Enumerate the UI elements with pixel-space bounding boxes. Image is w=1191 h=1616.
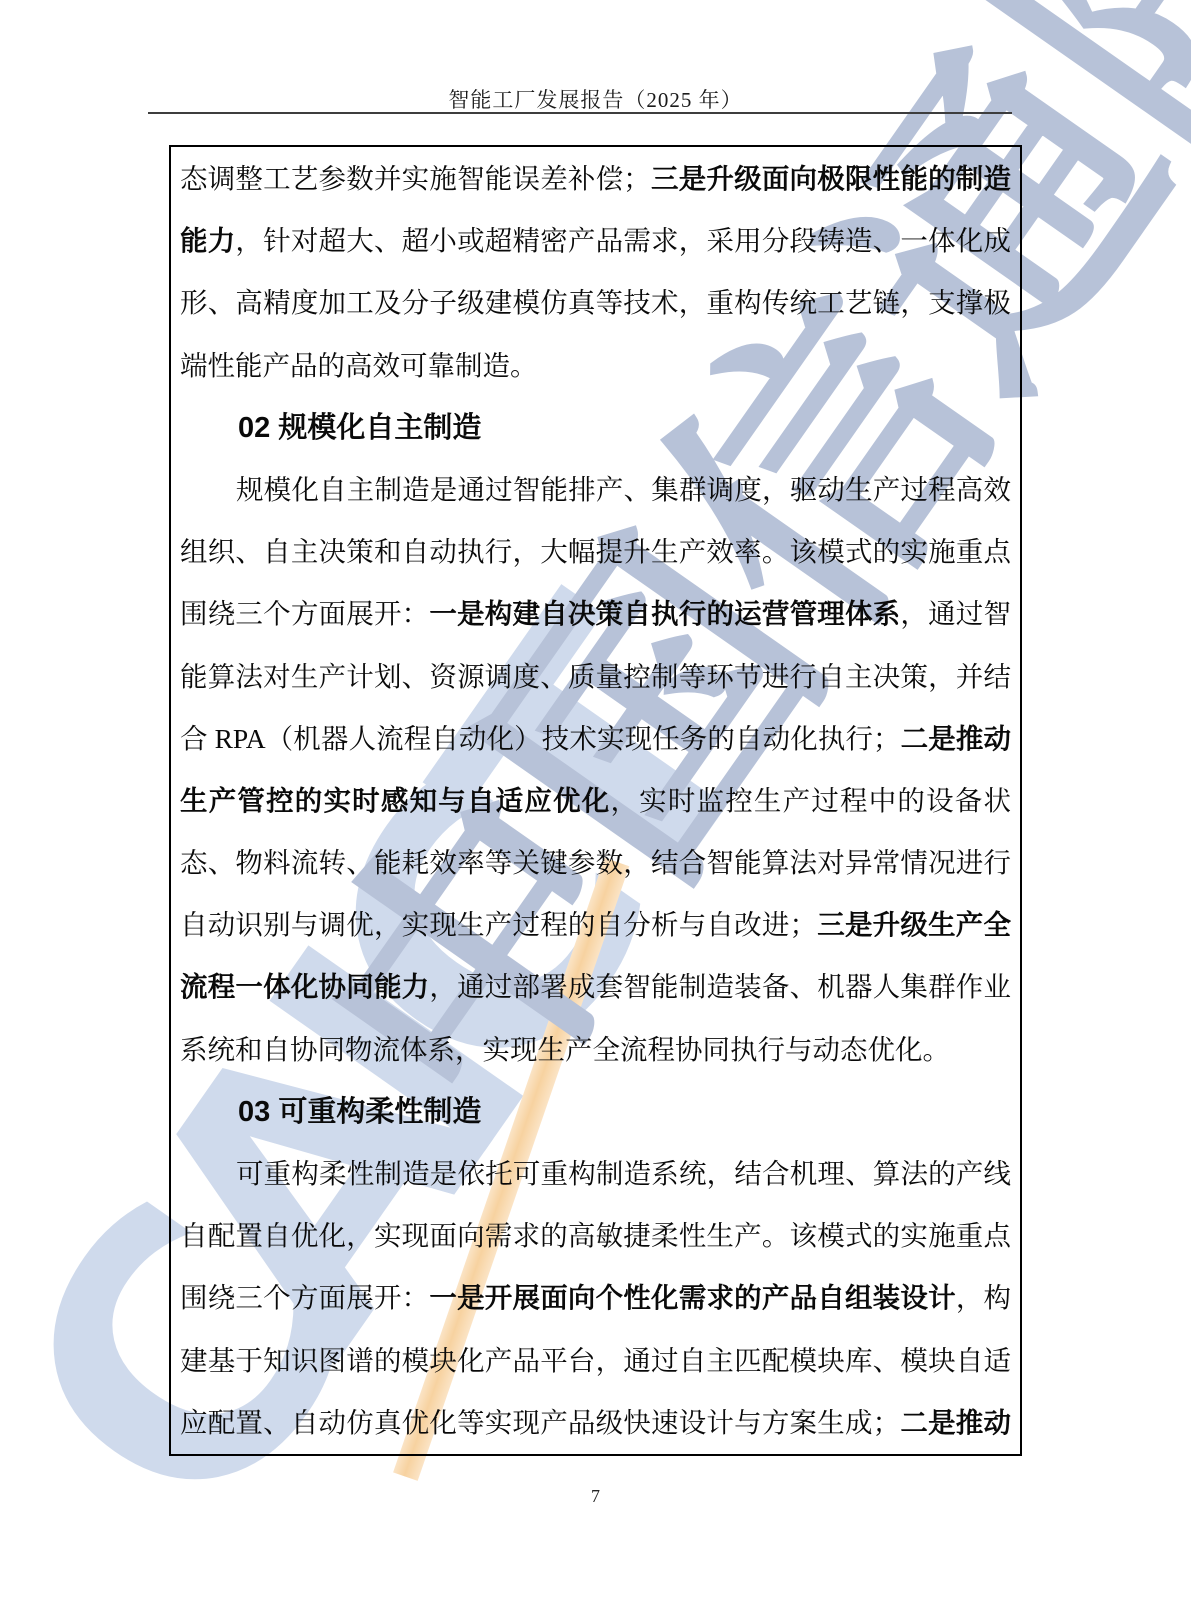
section-heading: 02 规模化自主制造: [180, 397, 1011, 459]
text-line: 建基于知识图谱的模块化产品平台，通过自主匹配模块库、模块自适: [180, 1330, 1011, 1392]
text-line: 规模化自主制造是通过智能排产、集群调度，驱动生产过程高效: [180, 459, 1011, 521]
text-line: 系统和自协同物流体系，实现生产全流程协同执行与动态优化。: [180, 1019, 1011, 1081]
text-line: 应配置、自动仿真优化等实现产品级快速设计与方案生成；二是推动: [180, 1392, 1011, 1454]
text-line: 态、物料流转、能耗效率等关键参数，结合智能算法对异常情况进行: [180, 832, 1011, 894]
text-line: 自动识别与调优，实现生产过程的自分析与自改进；三是升级生产全: [180, 894, 1011, 956]
text-line: 围绕三个方面展开：一是开展面向个性化需求的产品自组装设计，构: [180, 1267, 1011, 1329]
text-line: 自配置自优化，实现面向需求的高敏捷柔性生产。该模式的实施重点: [180, 1205, 1011, 1267]
text-line: 生产管控的实时感知与自适应优化，实时监控生产过程中的设备状: [180, 770, 1011, 832]
text-line: 态调整工艺参数并实施智能误差补偿；三是升级面向极限性能的制造: [180, 148, 1011, 210]
text-line: 可重构柔性制造是依托可重构制造系统，结合机理、算法的产线: [180, 1143, 1011, 1205]
document-lines: 态调整工艺参数并实施智能误差补偿；三是升级面向极限性能的制造能力，针对超大、超小…: [180, 148, 1011, 1454]
header-rule: [148, 112, 1012, 114]
document-page: CAICT 中国信通院 智能工厂发展报告（2025 年） 态调整工艺参数并实施智…: [0, 0, 1191, 1616]
text-line: 组织、自主决策和自动执行，大幅提升生产效率。该模式的实施重点: [180, 521, 1011, 583]
text-line: 形、高精度加工及分子级建模仿真等技术，重构传统工艺链，支撑极: [180, 272, 1011, 334]
text-line: 围绕三个方面展开：一是构建自决策自执行的运营管理体系，通过智: [180, 583, 1011, 645]
report-header-title: 智能工厂发展报告（2025 年）: [0, 84, 1191, 114]
section-heading: 03 可重构柔性制造: [180, 1081, 1011, 1143]
text-line: 能算法对生产计划、资源调度、质量控制等环节进行自主决策，并结: [180, 646, 1011, 708]
text-line: 能力，针对超大、超小或超精密产品需求，采用分段铸造、一体化成: [180, 210, 1011, 272]
page-number: 7: [0, 1486, 1191, 1507]
text-line: 流程一体化协同能力，通过部署成套智能制造装备、机器人集群作业: [180, 956, 1011, 1018]
text-line: 合 RPA（机器人流程自动化）技术实现任务的自动化执行；二是推动: [180, 708, 1011, 770]
content-box: 态调整工艺参数并实施智能误差补偿；三是升级面向极限性能的制造能力，针对超大、超小…: [169, 145, 1022, 1456]
text-line: 端性能产品的高效可靠制造。: [180, 335, 1011, 397]
